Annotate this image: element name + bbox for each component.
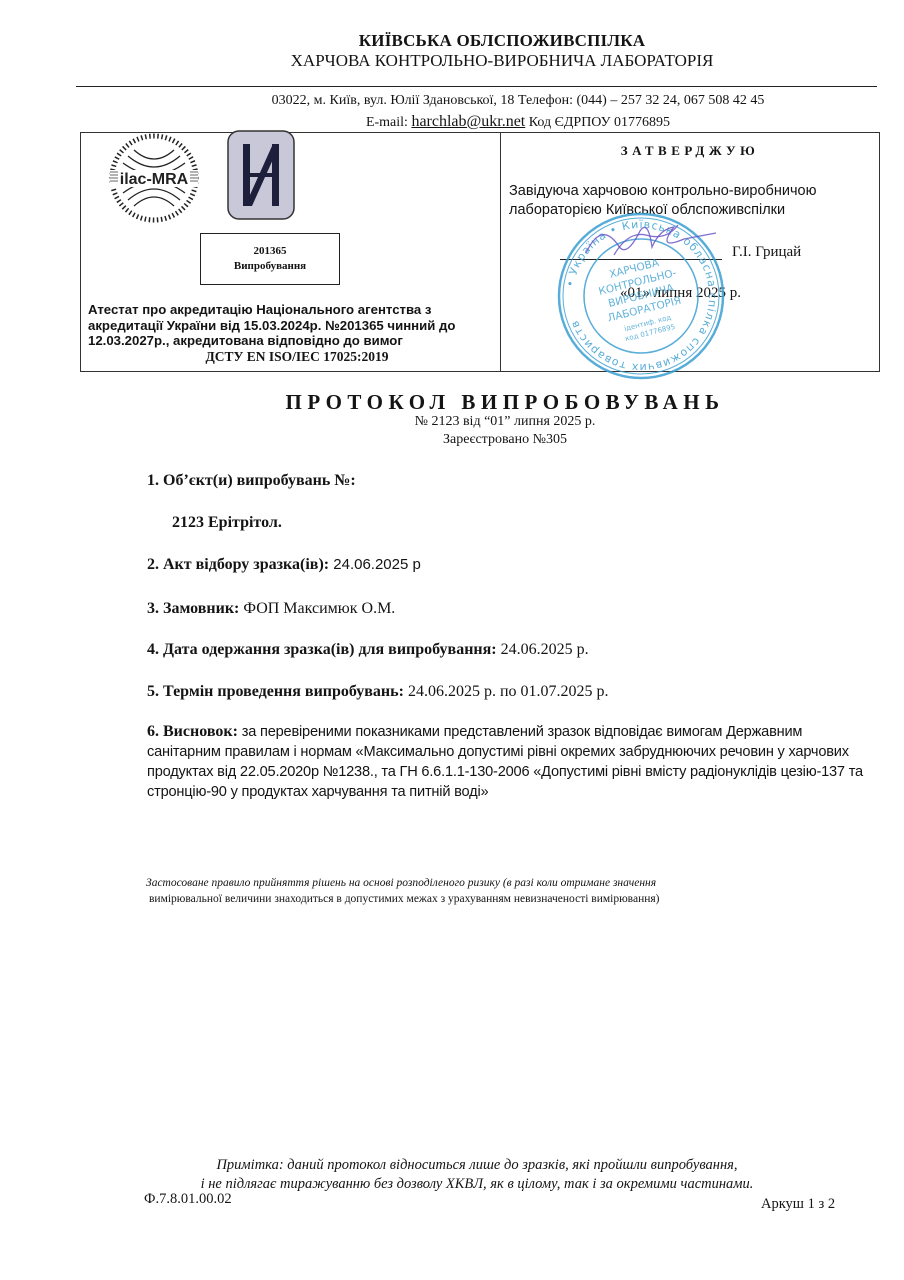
approver-name: Г.І. Грицай: [732, 244, 801, 261]
footer-note-line1: Примітка: даний протокол відноситься лиш…: [50, 1156, 904, 1175]
accreditation-statement: Атестат про акредитацію Національного аг…: [88, 302, 496, 364]
accreditation-text: Атестат про акредитацію Національного аг…: [88, 302, 455, 348]
item-label: 3. Замовник:: [147, 600, 239, 617]
form-code: Ф.7.8.01.00.02: [144, 1191, 232, 1208]
accreditation-standard: ДСТУ EN ISO/IEC 17025:2019: [88, 349, 496, 365]
decision-rule-line1: Застосоване правило прийняття рішень на …: [146, 877, 656, 889]
item-label: 6. Висновок:: [147, 723, 238, 740]
item-label: 5. Термін проведення випробувань:: [147, 683, 404, 700]
organization-name: КИЇВСЬКА ОБЛСПОЖИВСПІЛКА: [0, 31, 904, 51]
header-divider: [76, 86, 877, 87]
item-value: 24.06.2025 р. по 01.07.2025 р.: [404, 683, 609, 700]
laboratory-name: ХАРЧОВА КОНТРОЛЬНО-ВИРОБНИЧА ЛАБОРАТОРІЯ: [0, 51, 904, 71]
signature-line: [560, 259, 722, 260]
item-sampling-act: 2. Акт відбору зразка(ів): 24.06.2025 р: [147, 556, 421, 574]
decision-rule-line2: вимірювальної величини знаходиться в доп…: [146, 891, 786, 907]
decision-rule-note: Застосоване правило прийняття рішень на …: [146, 875, 786, 907]
box-divider: [500, 132, 501, 372]
protocol-number-date: № 2123 від “01” липня 2025 р.: [0, 414, 904, 430]
sheet-number: Аркуш 1 з 2: [761, 1196, 835, 1213]
item-receipt-date: 4. Дата одержання зразка(ів) для випробу…: [147, 641, 589, 659]
item-value: ФОП Максимюк О.М.: [239, 600, 395, 617]
item-label: 4. Дата одержання зразка(ів) для випробу…: [147, 641, 497, 658]
edrpou-code: Код ЄДРПОУ 01776895: [525, 115, 670, 130]
accreditation-certificate-box: 201365 Випробування: [200, 233, 340, 285]
protocol-registration: Зареєстровано №305: [0, 432, 904, 448]
item-test-object: 1. Об’єкт(и) випробувань №:: [147, 472, 356, 490]
email-link[interactable]: harchlab@ukr.net: [411, 113, 525, 130]
ilac-mra-logo-icon: ilac-MRA: [108, 132, 200, 224]
item-value: 24.06.2025 р: [329, 556, 421, 573]
naau-accreditation-logo-icon: [227, 130, 295, 220]
test-object-value: 2123 Ерітрітол.: [172, 514, 282, 532]
approval-title: ЗАТВЕРДЖУЮ: [500, 143, 880, 159]
item-conclusion: 6. Висновок: за перевіреними показниками…: [147, 722, 867, 802]
email-label: E-mail:: [366, 115, 412, 130]
svg-text:ilac-MRA: ilac-MRA: [120, 171, 189, 188]
certificate-number: 201365: [201, 244, 339, 259]
approver-role: Завідуюча харчовою контрольно-виробничою…: [509, 182, 869, 220]
item-test-period: 5. Термін проведення випробувань: 24.06.…: [147, 683, 609, 701]
item-value: за перевіреними показниками представлени…: [147, 724, 863, 800]
item-value: 24.06.2025 р.: [497, 641, 589, 658]
footer-note: Примітка: даний протокол відноситься лиш…: [0, 1156, 904, 1194]
address-line: 03022, м. Київ, вул. Юлії Здановської, 1…: [0, 93, 904, 109]
item-label: 2. Акт відбору зразка(ів):: [147, 556, 329, 573]
item-customer: 3. Замовник: ФОП Максимюк О.М.: [147, 600, 395, 618]
certificate-scope: Випробування: [201, 259, 339, 274]
approval-date: «01» липня 2025 р.: [620, 285, 741, 302]
protocol-title: ПРОТОКОЛ ВИПРОБОВУВАНЬ: [0, 390, 904, 415]
item-label: 1. Об’єкт(и) випробувань №:: [147, 472, 356, 489]
contact-line: E-mail: harchlab@ukr.net Код ЄДРПОУ 0177…: [0, 113, 904, 131]
